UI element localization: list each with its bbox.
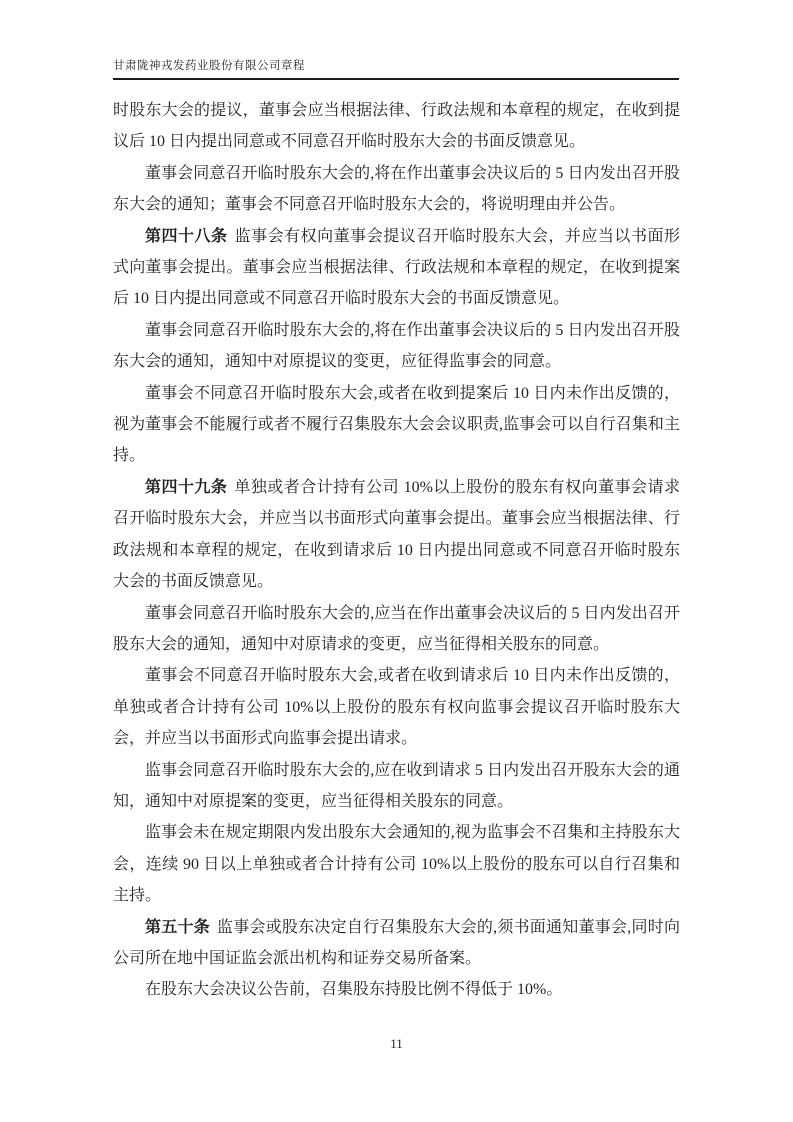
paragraph: 第五十条监事会或股东决定自行召集股东大会的,须书面通知董事会,同时向公司所在地中… [113, 912, 680, 975]
paragraph: 时股东大会的提议，董事会应当根据法律、行政法规和本章程的规定，在收到提议后 10… [113, 95, 680, 158]
paragraph: 监事会未在规定期限内发出股东大会通知的,视为监事会不召集和主持股东大会，连续 9… [113, 817, 680, 911]
header-title: 甘肃陇神戎发药业股份有限公司章程 [113, 60, 305, 72]
paragraph: 第四十八条监事会有权向董事会提议召开临时股东大会，并应当以书面形式向董事会提出。… [113, 221, 680, 315]
paragraph: 监事会同意召开临时股东大会的,应在收到请求 5 日内发出召开股东大会的通知，通知… [113, 755, 680, 818]
paragraph: 董事会不同意召开临时股东大会,或者在收到提案后 10 日内未作出反馈的，视为董事… [113, 378, 680, 472]
article-number: 第五十条 [145, 919, 210, 936]
paragraph: 董事会同意召开临时股东大会的,将在作出董事会决议后的 5 日内发出召开股东大会的… [113, 158, 680, 221]
paragraph-text: 监事会同意召开临时股东大会的,应在收到请求 5 日内发出召开股东大会的通知，通知… [113, 762, 680, 810]
paragraph-text: 在股东大会决议公告前，召集股东持股比例不得低于 10%。 [145, 981, 562, 998]
paragraph: 董事会同意召开临时股东大会的,将在作出董事会决议后的 5 日内发出召开股东大会的… [113, 315, 680, 378]
paragraph-text: 董事会不同意召开临时股东大会,或者在收到提案后 10 日内未作出反馈的，视为董事… [113, 385, 680, 465]
paragraph-text: 董事会不同意召开临时股东大会,或者在收到请求后 10 日内未作出反馈的，单独或者… [113, 667, 680, 747]
article-number: 第四十八条 [145, 228, 228, 245]
paragraph: 第四十九条单独或者合计持有公司 10%以上股份的股东有权向董事会请求召开临时股东… [113, 472, 680, 598]
article-number: 第四十九条 [145, 479, 227, 496]
document-page: 甘肃陇神戎发药业股份有限公司章程 时股东大会的提议，董事会应当根据法律、行政法规… [0, 0, 793, 1122]
paragraph: 董事会同意召开临时股东大会的,应当在作出董事会决议后的 5 日内发出召开股东大会… [113, 598, 680, 661]
paragraph-text: 董事会同意召开临时股东大会的,将在作出董事会决议后的 5 日内发出召开股东大会的… [113, 322, 680, 370]
paragraph: 在股东大会决议公告前，召集股东持股比例不得低于 10%。 [113, 974, 680, 1005]
paragraph-text: 董事会同意召开临时股东大会的,应当在作出董事会决议后的 5 日内发出召开股东大会… [113, 605, 680, 653]
paragraph-text: 时股东大会的提议，董事会应当根据法律、行政法规和本章程的规定，在收到提议后 10… [113, 102, 680, 150]
page-header: 甘肃陇神戎发药业股份有限公司章程 [113, 57, 679, 80]
paragraph: 董事会不同意召开临时股东大会,或者在收到请求后 10 日内未作出反馈的，单独或者… [113, 660, 680, 754]
page-number: 11 [0, 1036, 793, 1052]
document-body: 时股东大会的提议，董事会应当根据法律、行政法规和本章程的规定，在收到提议后 10… [113, 95, 680, 1006]
paragraph-text: 董事会同意召开临时股东大会的,将在作出董事会决议后的 5 日内发出召开股东大会的… [113, 165, 680, 213]
paragraph-text: 监事会未在规定期限内发出股东大会通知的,视为监事会不召集和主持股东大会，连续 9… [113, 824, 680, 904]
